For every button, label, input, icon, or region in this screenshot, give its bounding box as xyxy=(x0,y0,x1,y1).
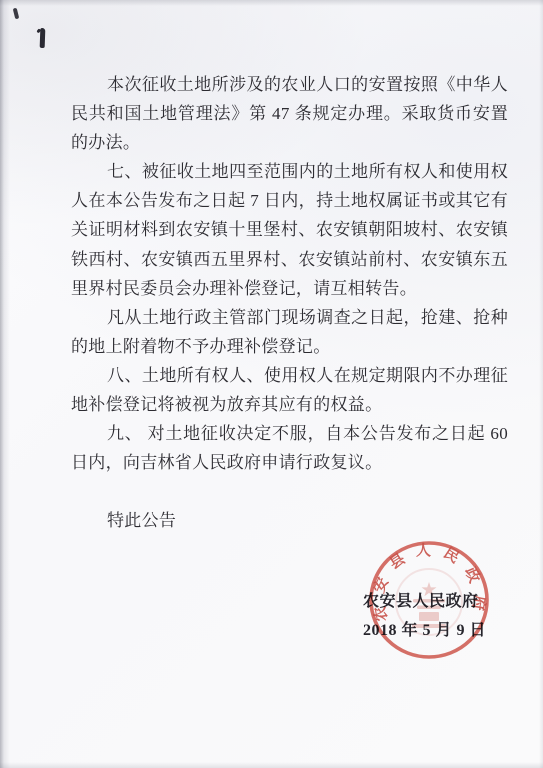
paragraph-item-9: 九、 对土地征收决定不服，自本公告发布之日起 60 日内，向吉林省人民政府申请行… xyxy=(71,419,508,477)
paragraph-item-7: 七、被征收土地四至范围内的土地所有权人和使用权人在本公告发布之日起 7 日内，持… xyxy=(71,157,508,302)
paragraph-no-compensation: 凡从土地行政主管部门现场调查之日起，抢建、抢种的地上附着物不予办理补偿登记。 xyxy=(71,303,508,361)
issue-date: 2018 年 5 月 9 日 xyxy=(363,621,486,641)
scan-edge-bottom xyxy=(0,762,543,768)
scan-edge-left xyxy=(0,0,10,768)
scan-edge-top xyxy=(0,0,543,6)
scanned-document-page: 本次征收土地所涉及的农业人口的安置按照《中华人民共和国土地管理法》第 47 条规… xyxy=(0,0,543,768)
ink-mark xyxy=(13,8,20,20)
paragraph-item-8: 八、土地所有权人、使用权人在规定期限内不办理征地补偿登记将被视为放弃其应有的权益… xyxy=(71,361,508,419)
ink-mark xyxy=(40,28,46,48)
issuer-name: 农安县人民政府 xyxy=(363,591,486,612)
closing-statement: 特此公告 xyxy=(71,506,508,535)
paragraph-resettlement: 本次征收土地所涉及的农业人口的安置按照《中华人民共和国土地管理法》第 47 条规… xyxy=(71,70,508,157)
notice-body: 本次征收土地所涉及的农业人口的安置按照《中华人民共和国土地管理法》第 47 条规… xyxy=(71,70,508,535)
scan-edge-right xyxy=(539,0,543,768)
signature-block: 农安县人民政府 2018 年 5 月 9 日 xyxy=(363,591,486,641)
